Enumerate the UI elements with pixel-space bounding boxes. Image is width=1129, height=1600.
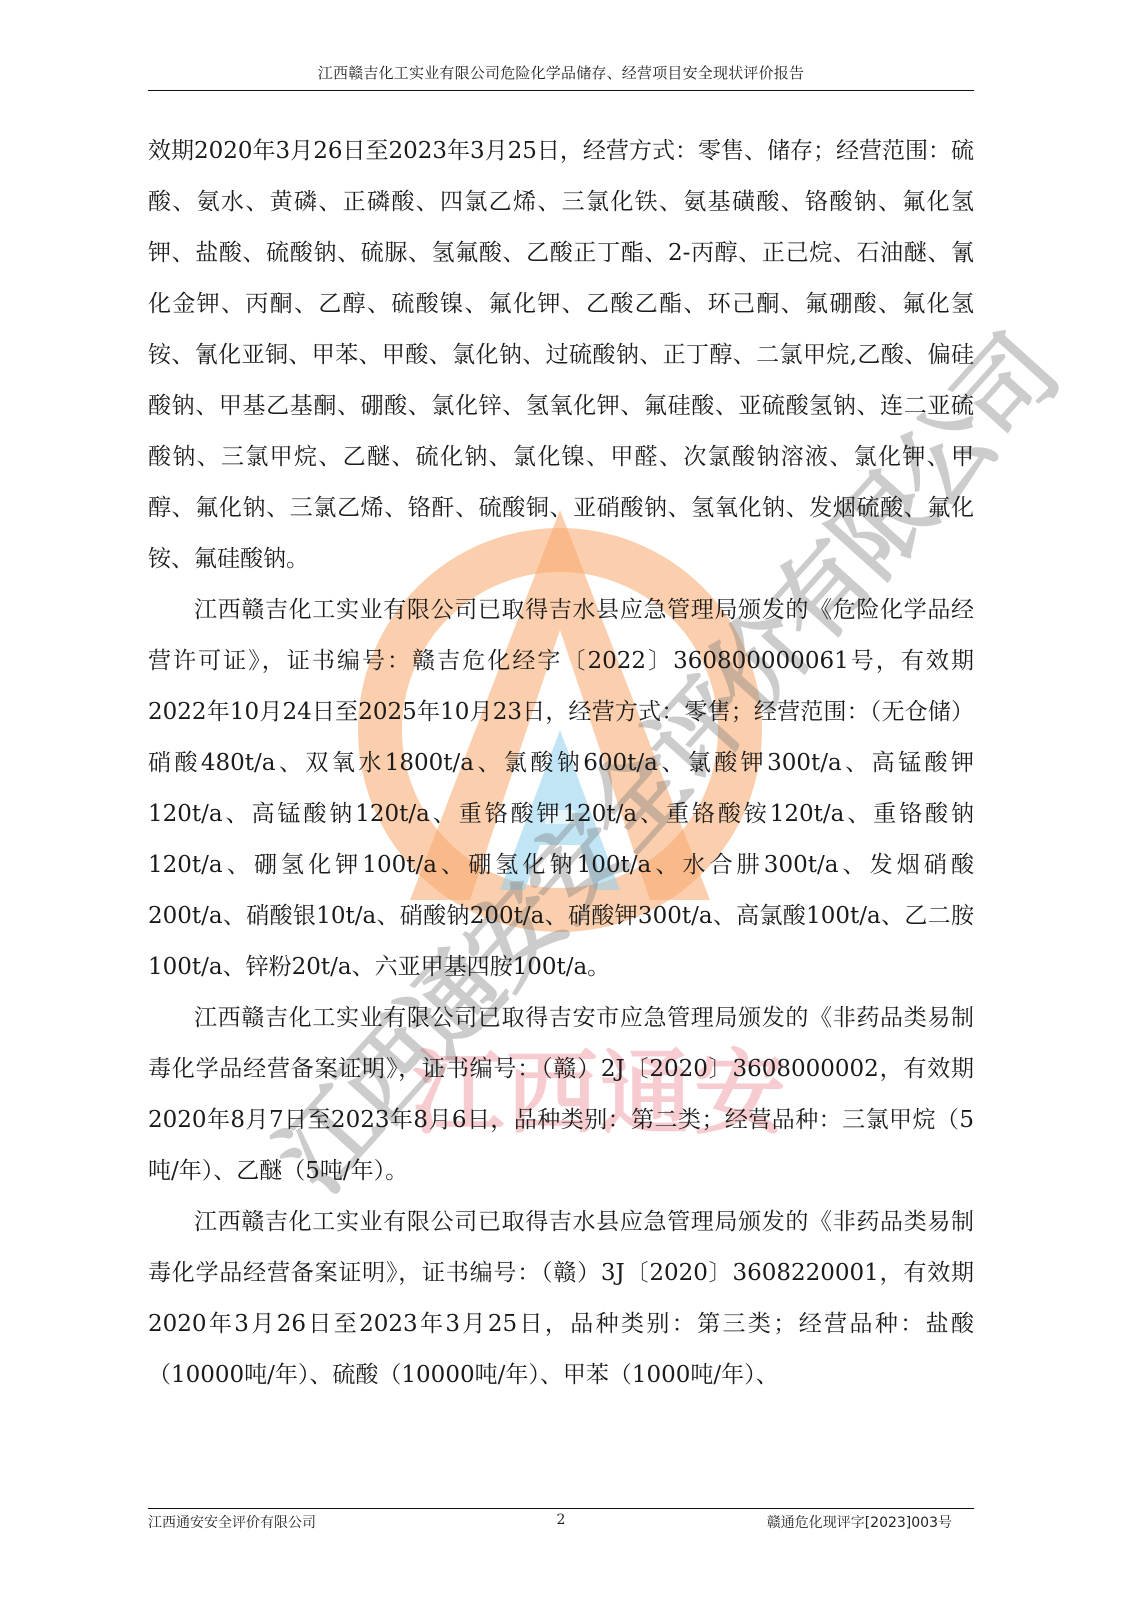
paragraph-business-scope: 效期2020年3月26日至2023年3月25日，经营方式：零售、储存；经营范围：… [148, 126, 974, 585]
body-text: 效期2020年3月26日至2023年3月25日，经营方式：零售、储存；经营范围：… [148, 126, 974, 1401]
header-rule [148, 90, 974, 91]
paragraph-precursor-cert-class2: 江西赣吉化工实业有限公司已取得吉安市应急管理局颁发的《非药品类易制毒化学品经营备… [148, 993, 974, 1197]
footer-doc-number: 赣通危化现评字[2023]003号 [767, 1512, 952, 1532]
paragraph-precursor-cert-class3: 江西赣吉化工实业有限公司已取得吉水县应急管理局颁发的《非药品类易制毒化学品经营备… [148, 1197, 974, 1401]
running-header: 江西赣吉化工实业有限公司危险化学品储存、经营项目安全现状评价报告 [148, 62, 974, 92]
running-footer: 江西通安安全评价有限公司 2 赣通危化现评字[2023]003号 [148, 1512, 974, 1536]
paragraph-hazardous-license: 江西赣吉化工实业有限公司已取得吉水县应急管理局颁发的《危险化学品经营许可证》，证… [148, 585, 974, 993]
footer-rule [148, 1508, 974, 1509]
document-page: 江西赣吉化工实业有限公司危险化学品储存、经营项目安全现状评价报告 江西通安 江西… [0, 0, 1129, 1600]
